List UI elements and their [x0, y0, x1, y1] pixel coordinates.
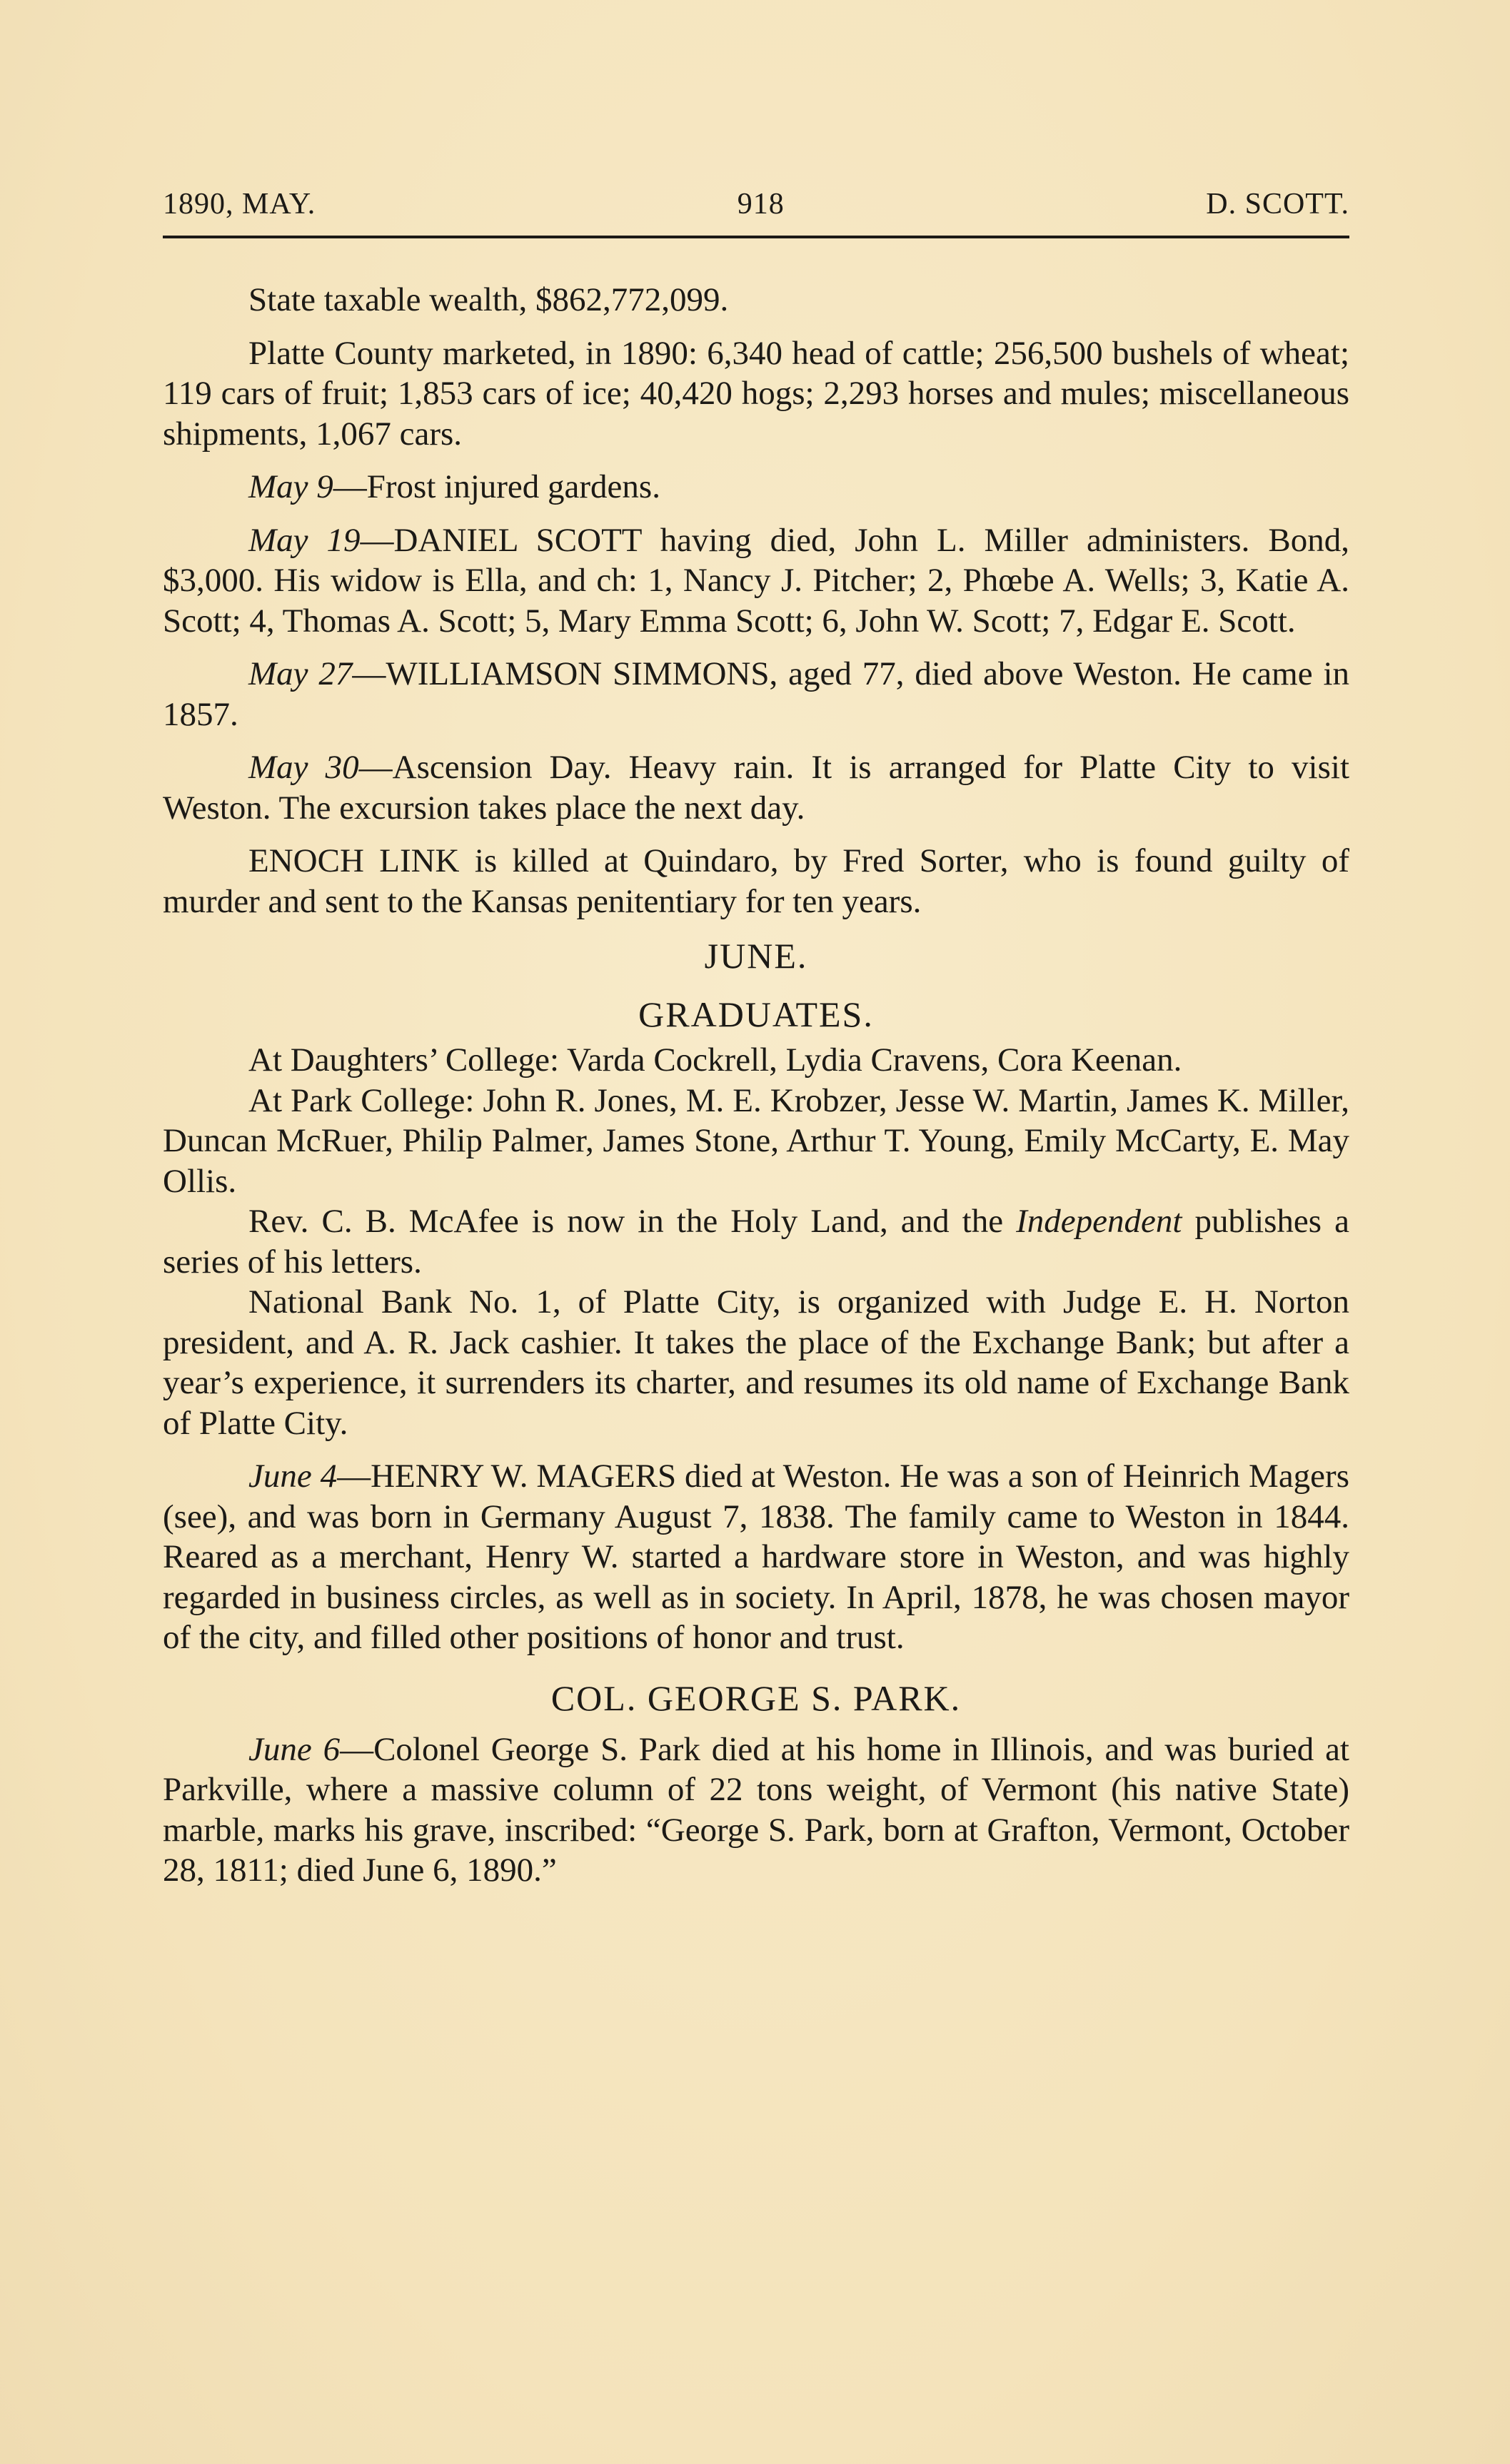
mcafee-text-a: Rev. C. B. McAfee is now in the Holy Lan…: [248, 1203, 1016, 1240]
section-heading-col-park: COL. GEORGE S. PARK.: [163, 1677, 1349, 1720]
header-rule: [163, 236, 1349, 238]
paragraph-national-bank: National Bank No. 1, of Platte City, is …: [163, 1282, 1349, 1443]
paragraph-park-college: At Park College: John R. Jones, M. E. Kr…: [163, 1081, 1349, 1202]
header-date: 1890, MAY.: [163, 187, 316, 221]
entry-text: —Colonel George S. Park died at his home…: [163, 1731, 1349, 1889]
book-page: 1890, MAY. 918 D. SCOTT. State taxable w…: [163, 187, 1349, 1904]
paragraph-daughters-college: At Daughters’ College: Varda Cockrell, L…: [163, 1040, 1349, 1081]
entry-text: —Frost injured gardens.: [333, 468, 660, 505]
entry-date: June 6: [248, 1731, 340, 1768]
section-heading-graduates: GRADUATES.: [163, 993, 1349, 1036]
paragraph-enoch-link: ENOCH LINK is killed at Quindaro, by Fre…: [163, 841, 1349, 922]
entry-may-9: May 9—Frost injured gardens.: [163, 467, 1349, 508]
paragraph-mcafee: Rev. C. B. McAfee is now in the Holy Lan…: [163, 1201, 1349, 1282]
entry-may-30: May 30—Ascension Day. Heavy rain. It is …: [163, 747, 1349, 828]
entry-date: May 30: [248, 749, 359, 786]
entry-may-19: May 19—DANIEL SCOTT having died, John L.…: [163, 520, 1349, 642]
paragraph-state-wealth: State taxable wealth, $862,772,099.: [163, 280, 1349, 320]
page-number: 918: [738, 187, 785, 221]
paragraph-platte-market: Platte County marketed, in 1890: 6,340 h…: [163, 333, 1349, 455]
running-header: 1890, MAY. 918 D. SCOTT.: [163, 187, 1349, 231]
entry-date: May 27: [248, 655, 352, 692]
section-heading-june: JUNE.: [163, 934, 1349, 977]
entry-june-4: June 4—HENRY W. MAGERS died at Weston. H…: [163, 1456, 1349, 1658]
entry-date: June 4: [248, 1458, 337, 1495]
header-subject: D. SCOTT.: [1206, 187, 1349, 221]
entry-may-27: May 27—WILLIAMSON SIMMONS, aged 77, died…: [163, 654, 1349, 734]
entry-text: —HENRY W. MAGERS died at Weston. He was …: [163, 1458, 1349, 1656]
entry-date: May 19: [248, 522, 361, 559]
entry-date: May 9: [248, 468, 333, 505]
publication-title: Independent: [1016, 1203, 1182, 1240]
entry-june-6: June 6—Colonel George S. Park died at hi…: [163, 1730, 1349, 1891]
